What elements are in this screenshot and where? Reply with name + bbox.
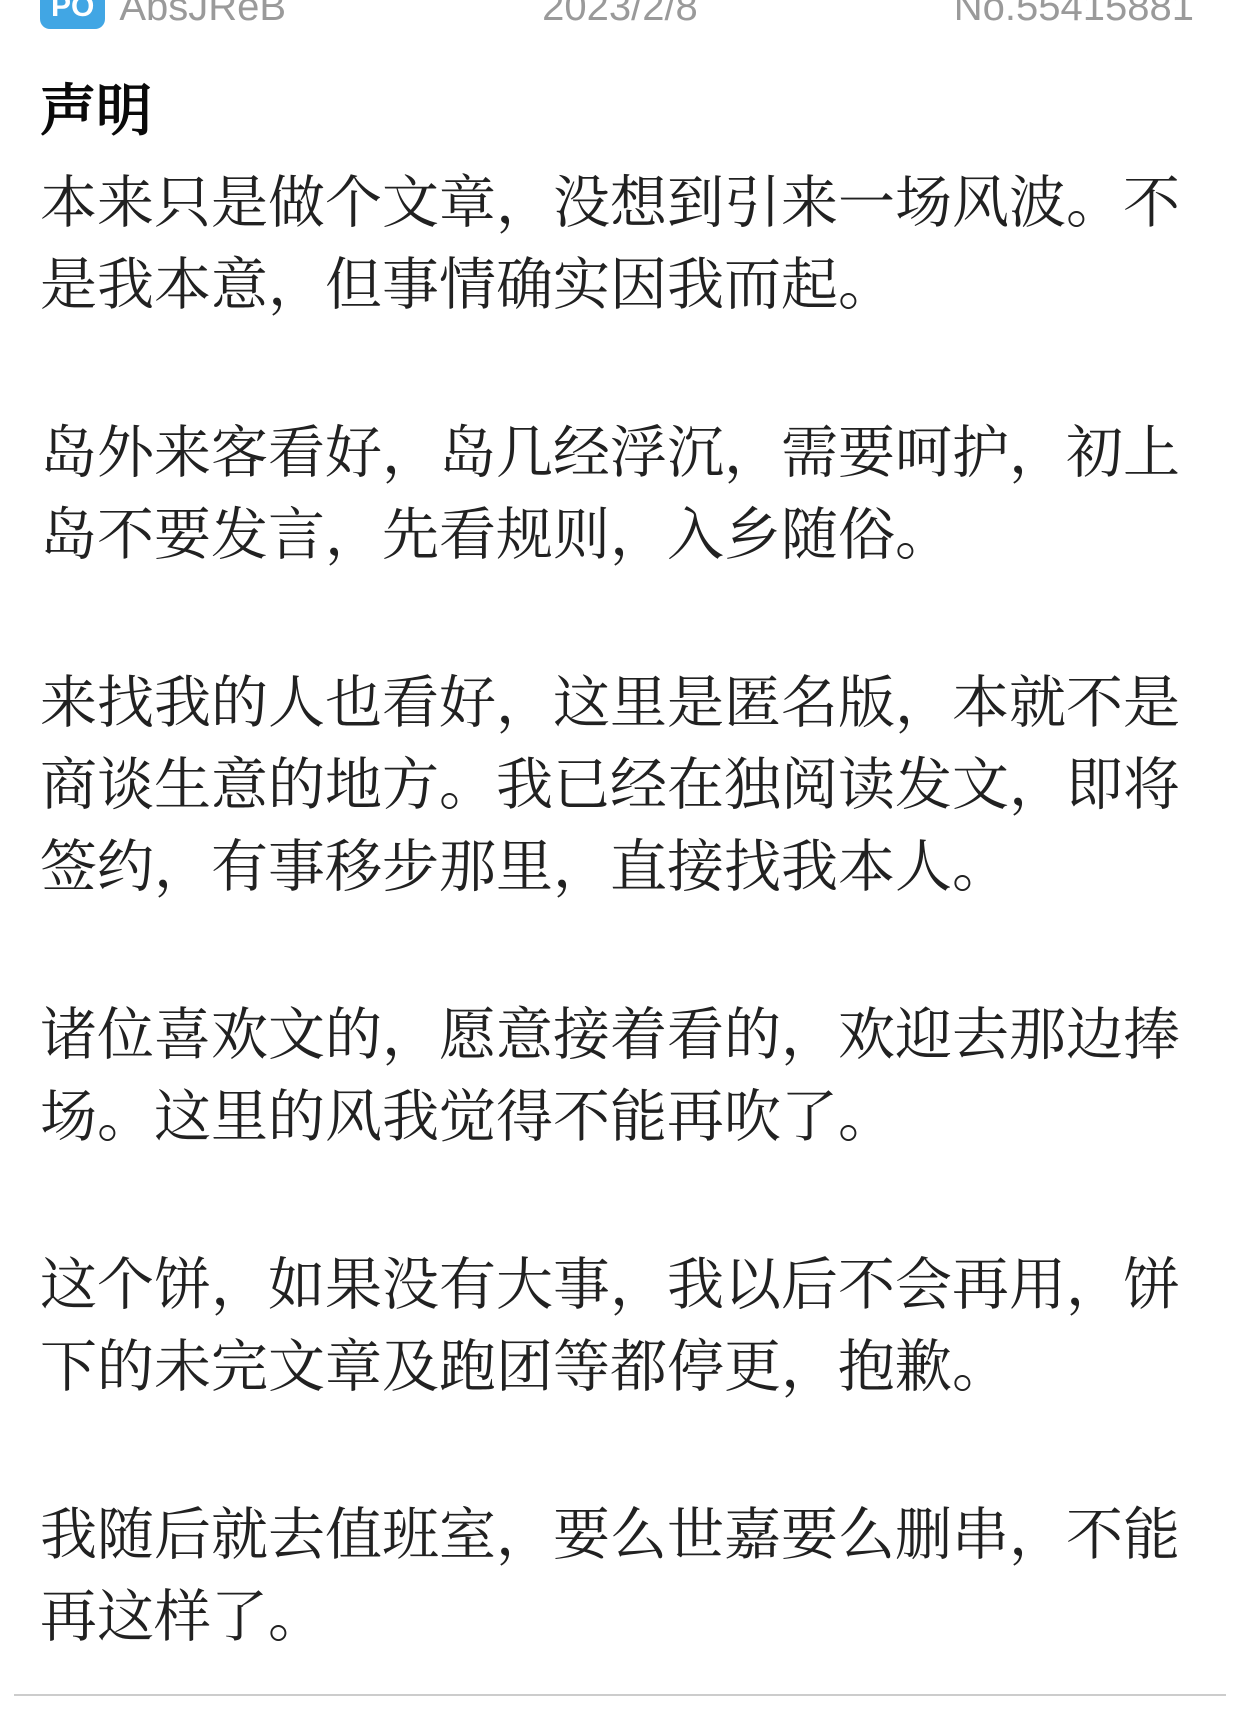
text-line: 诸位喜欢文的，愿意接着看的，欢迎去那边捧: [40, 994, 1196, 1076]
post-paragraph: 诸位喜欢文的，愿意接着看的，欢迎去那边捧 场。这里的风我觉得不能再吹了。: [40, 994, 1196, 1158]
po-badge: PO: [40, 0, 105, 29]
post-number: No.55415881: [954, 0, 1194, 30]
cookie-id: AbsJReB: [119, 0, 286, 30]
text-line: 本来只是做个文章，没想到引来一场风波。不: [40, 162, 1196, 244]
post-paragraph: 我随后就去值班室，要么世嘉要么删串，不能 再这样了。: [40, 1494, 1196, 1658]
post-title: 声明: [40, 80, 1196, 142]
text-line: 签约，有事移步那里，直接找我本人。: [40, 826, 1196, 908]
post-paragraph: 来找我的人也看好，这里是匿名版，本就不是 商谈生意的地方。我已经在独阅读发文，即…: [40, 662, 1196, 908]
text-line: 岛外来客看好，岛几经浮沉，需要呵护，初上: [40, 412, 1196, 494]
text-line: 这个饼，如果没有大事，我以后不会再用，饼: [40, 1244, 1196, 1326]
text-line: 商谈生意的地方。我已经在独阅读发文，即将: [40, 744, 1196, 826]
poster-identity: PO AbsJReB: [40, 0, 286, 30]
text-line: 是我本意，但事情确实因我而起。: [40, 244, 1196, 326]
post-body: 声明 本来只是做个文章，没想到引来一场风波。不 是我本意，但事情确实因我而起。 …: [0, 80, 1240, 1658]
text-line: 来找我的人也看好，这里是匿名版，本就不是: [40, 662, 1196, 744]
text-line: 岛不要发言，先看规则，入乡随俗。: [40, 494, 1196, 576]
post-meta-header: PO AbsJReB 2023/2/8 No.55415881: [0, 0, 1240, 30]
post-paragraph: 本来只是做个文章，没想到引来一场风波。不 是我本意，但事情确实因我而起。: [40, 162, 1196, 326]
post-paragraph: 岛外来客看好，岛几经浮沉，需要呵护，初上 岛不要发言，先看规则，入乡随俗。: [40, 412, 1196, 576]
text-line: 下的未完文章及跑团等都停更，抱歉。: [40, 1326, 1196, 1408]
text-line: 场。这里的风我觉得不能再吹了。: [40, 1076, 1196, 1158]
text-line: 再这样了。: [40, 1576, 1196, 1658]
thread-divider: [14, 1694, 1226, 1696]
post-paragraph: 这个饼，如果没有大事，我以后不会再用，饼 下的未完文章及跑团等都停更，抱歉。: [40, 1244, 1196, 1408]
text-line: 我随后就去值班室，要么世嘉要么删串，不能: [40, 1494, 1196, 1576]
post-date: 2023/2/8: [542, 0, 698, 30]
